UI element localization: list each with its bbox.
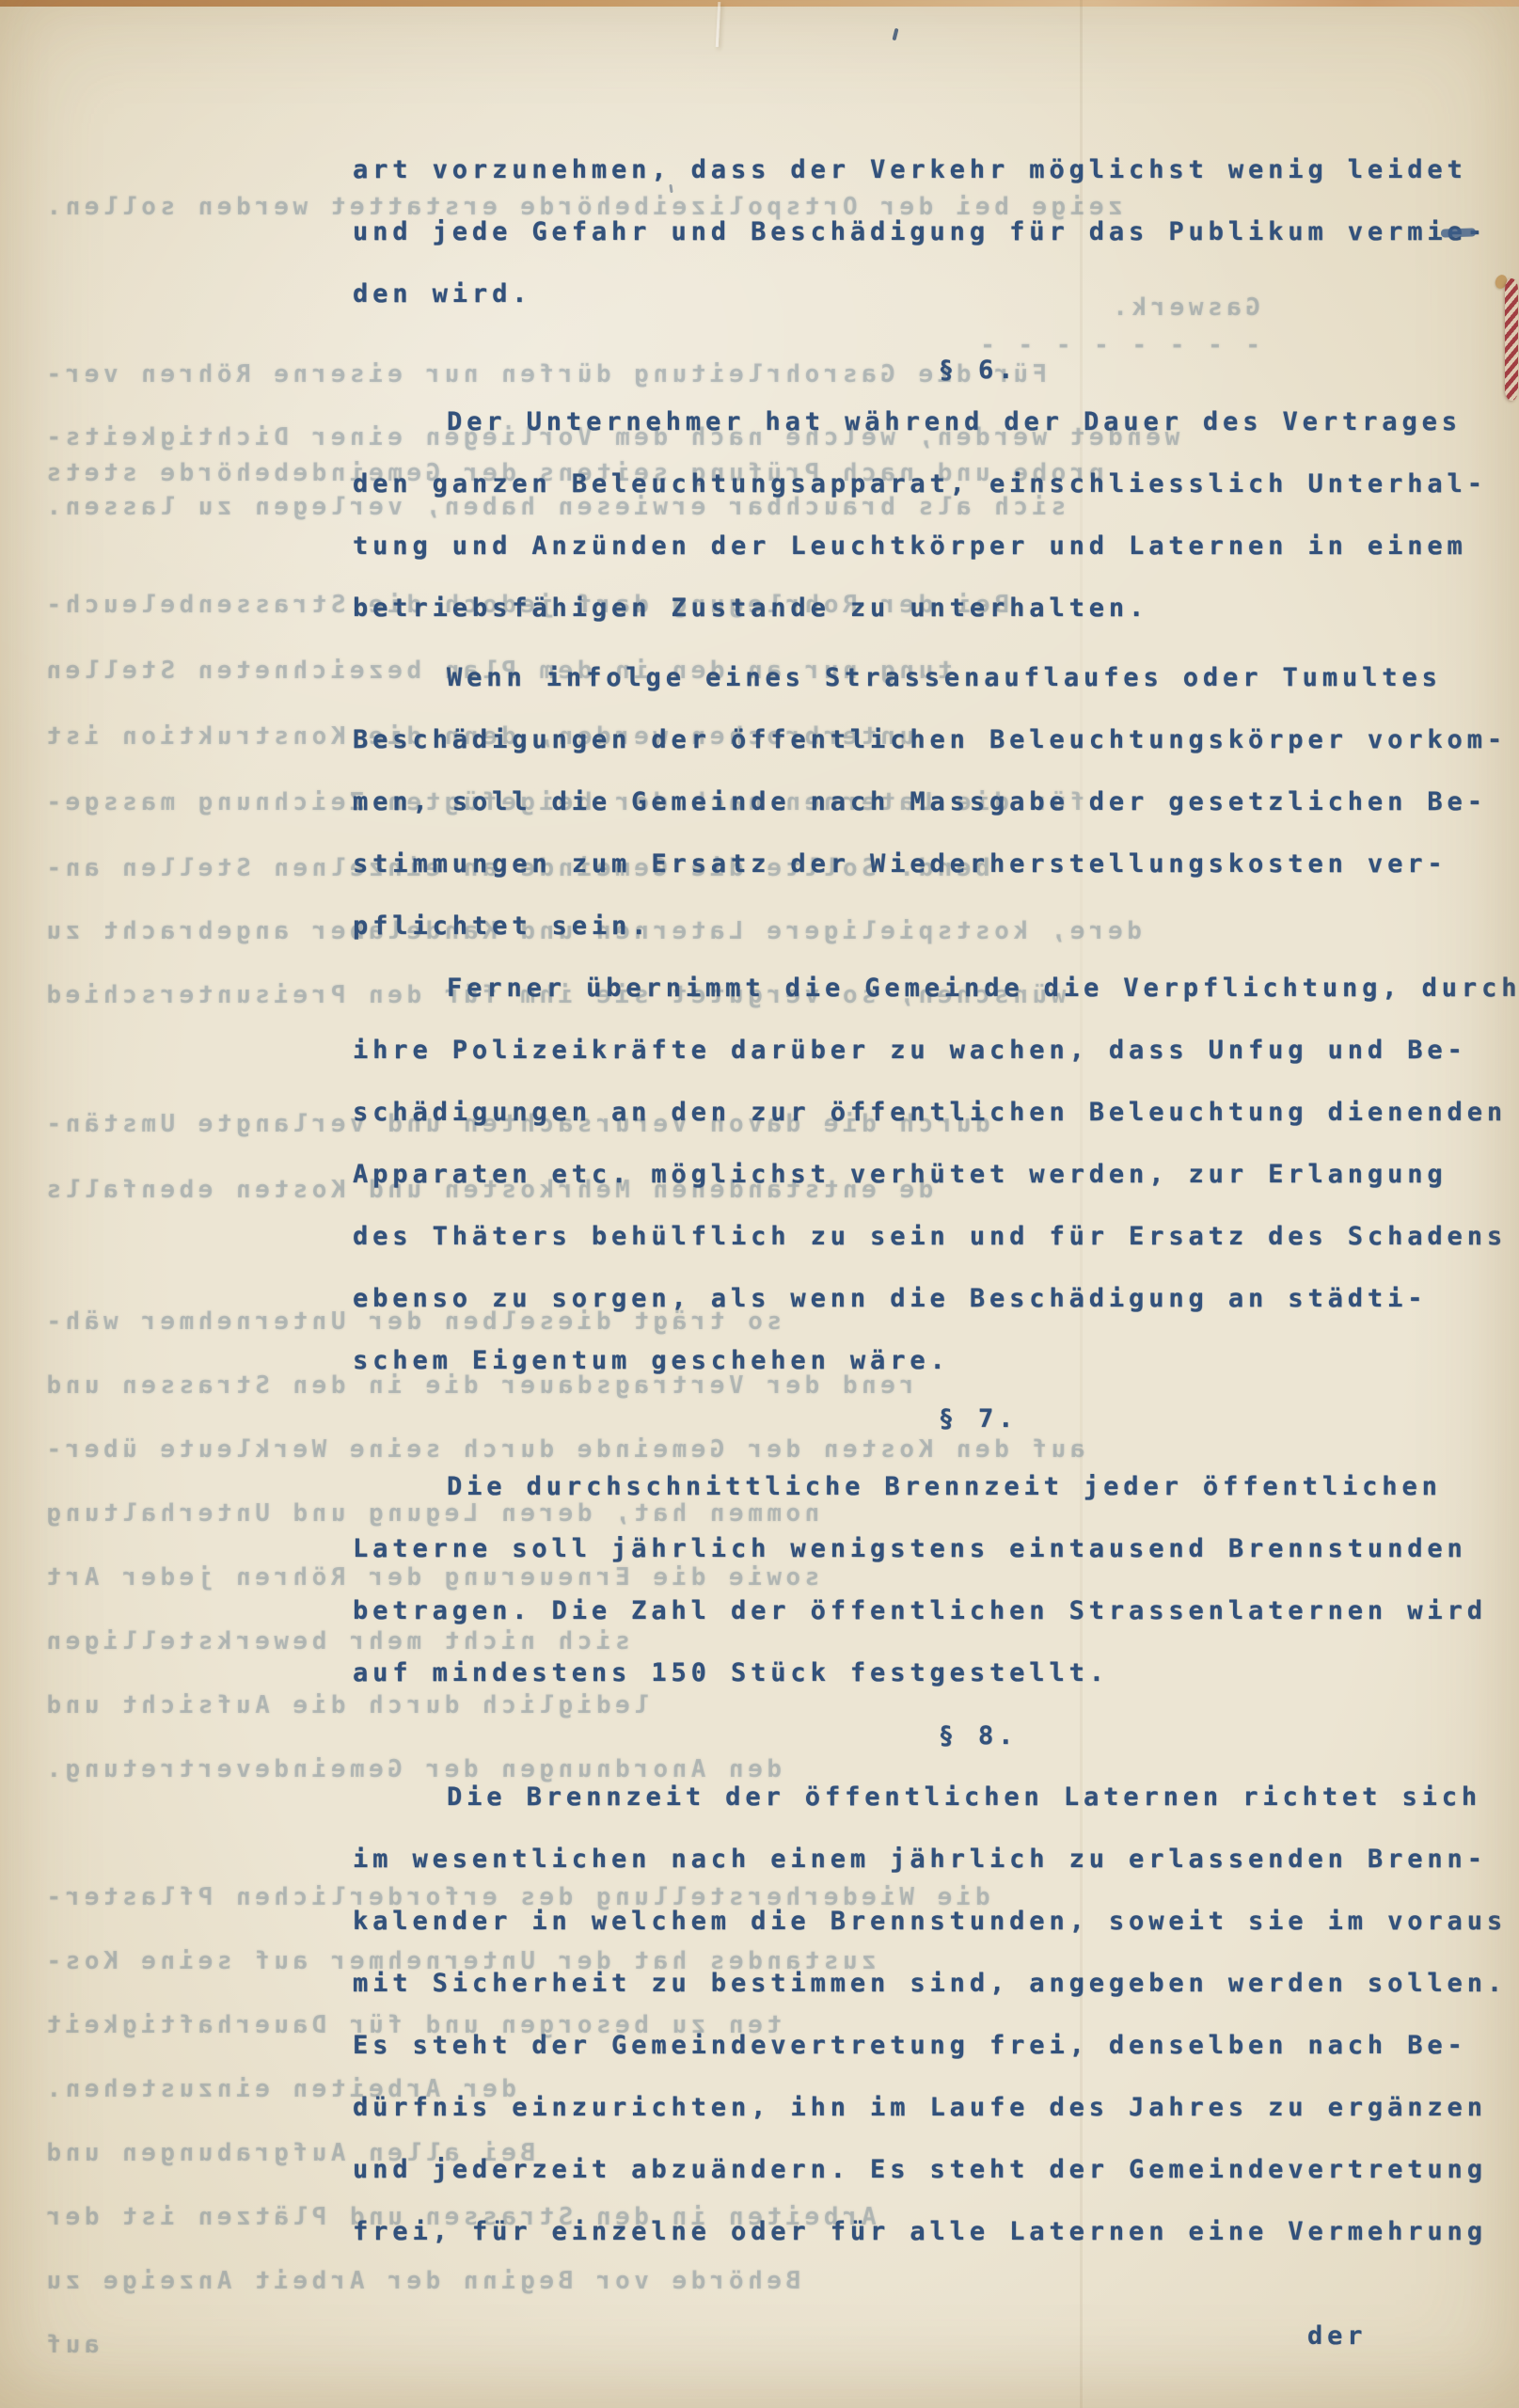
typed-line: Apparaten etc. möglichst verhütet werden… xyxy=(353,1160,1448,1189)
typed-line: tung und Anzünden der Leuchtkörper und L… xyxy=(353,531,1467,561)
typed-line: stimmungen zum Ersatz der Wiederherstell… xyxy=(353,849,1448,879)
typed-line: des Thäters behülflich zu sein und für E… xyxy=(353,1222,1507,1251)
typed-line: Der Unternehmer hat während der Dauer de… xyxy=(447,407,1462,436)
typed-line: Beschädigungen der öffentlichen Beleucht… xyxy=(353,725,1507,754)
ink-speck xyxy=(669,184,672,193)
bleedthrough-line: Behörde vor Beginn der Arbeit Anzeige zu xyxy=(42,2267,1477,2295)
typed-line: ihre Polizeikräfte darüber zu wachen, da… xyxy=(353,1036,1467,1065)
bleedthrough-line: sich nicht mehr bewerkstelligen xyxy=(42,1627,1477,1655)
typed-line: schädigungen an den zur öffentlichen Bel… xyxy=(353,1098,1507,1127)
section-heading: § 7. xyxy=(353,1404,1514,1434)
section-heading: § 6. xyxy=(353,356,1514,385)
typed-line: Wenn infolge eines Strassenauflaufes ode… xyxy=(447,663,1442,692)
typed-line: men, soll die Gemeinde nach Massgabe der… xyxy=(353,787,1487,816)
bleedthrough-line: auf xyxy=(42,2331,1477,2359)
typed-line: den ganzen Beleuchtungsapparat, einschli… xyxy=(353,469,1487,499)
bleedthrough-line: dere, kostspieligere Laternen und Kandel… xyxy=(42,917,1477,945)
typed-line: Ferner übernimmt die Gemeinde die Verpfl… xyxy=(447,974,1519,1003)
typed-line: mit Sicherheit zu bestimmen sind, angege… xyxy=(353,1969,1507,1998)
ink-dash-mark xyxy=(1441,228,1476,237)
bleedthrough-line: nommen hat, deren Legung und Unterhaltun… xyxy=(42,1499,1477,1528)
bleedthrough-line: rend der Vertragsdauer die in den Strass… xyxy=(42,1371,1477,1400)
typed-line: Die Brennzeit der öffentlichen Laternen … xyxy=(447,1782,1481,1812)
typed-line: art vorzunehmen, dass der Verkehr möglic… xyxy=(353,155,1467,184)
typed-line: kalender in welchem die Brennstunden, so… xyxy=(353,1907,1507,1936)
typed-line: auf mindestens 150 Stück festgestellt. xyxy=(353,1658,1109,1687)
typed-line: Die durchschnittliche Brennzeit jeder öf… xyxy=(447,1472,1442,1501)
bleedthrough-line: den Anordnungen der Gemeindevertretung. xyxy=(42,1755,1477,1783)
binding-cord xyxy=(1505,278,1518,401)
bleedthrough-line: sowie die Erneuerung der Röhren jeder Ar… xyxy=(42,1563,1477,1592)
scanned-document-page: zeige bei der Ortspolizeibehörde erstatt… xyxy=(0,0,1519,2408)
section-heading: § 8. xyxy=(353,1721,1514,1751)
bleedthrough-line: auf den Kosten der Gemeinde durch seine … xyxy=(42,1435,1477,1464)
typed-line: im wesentlichen nach einem jährlich zu e… xyxy=(353,1845,1487,1874)
typed-line: schem Eigentum geschehen wäre. xyxy=(353,1346,950,1375)
typed-line: betriebsfähigen Zustande zu unterhalten. xyxy=(353,594,1148,623)
bleedthrough-heading: Gaswerk. xyxy=(42,293,1477,322)
typed-line: dürfnis einzurichten, ihn im Laufe des J… xyxy=(353,2093,1487,2122)
paper-crease-mark xyxy=(716,2,721,47)
typed-line: betragen. Die Zahl der öffentlichen Stra… xyxy=(353,1596,1487,1625)
scan-top-edge xyxy=(0,0,1519,7)
typed-line: pflichtet sein. xyxy=(353,911,651,941)
bleedthrough-line: lediglich durch die Aufsicht und xyxy=(42,1691,1477,1719)
ink-speck xyxy=(892,28,898,41)
typed-line: den wird. xyxy=(353,279,531,309)
catchword: der xyxy=(1307,2321,1367,2351)
typed-line: und jede Gefahr und Beschädigung für das… xyxy=(353,217,1487,246)
typed-line: frei, für einzelne oder für alle Laterne… xyxy=(353,2217,1487,2246)
typed-line: und jederzeit abzuändern. Es steht der G… xyxy=(353,2155,1487,2184)
typed-line: Es steht der Gemeindevertretung frei, de… xyxy=(353,2031,1467,2060)
typed-line: ebenso zu sorgen, als wenn die Beschädig… xyxy=(353,1284,1427,1313)
typed-line: Laterne soll jährlich wenigstens eintaus… xyxy=(353,1534,1467,1563)
